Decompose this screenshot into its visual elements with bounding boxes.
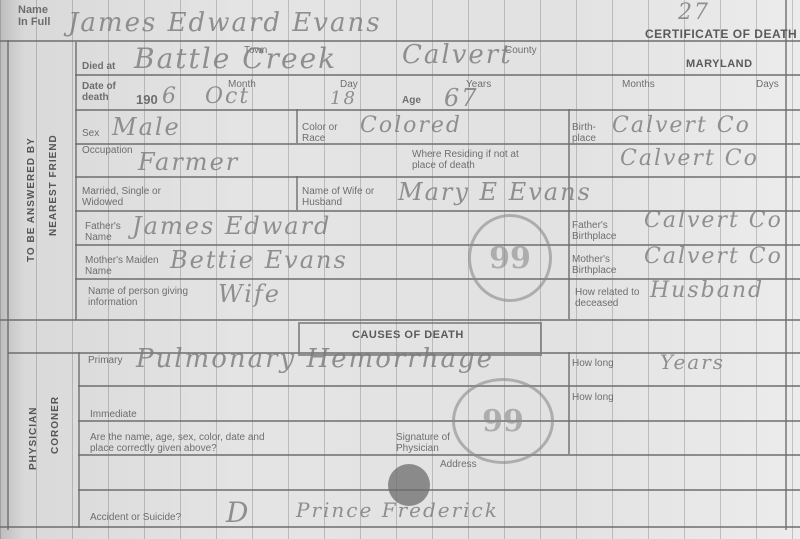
occupation-value: Farmer: [138, 148, 239, 176]
rule: [568, 352, 570, 454]
residence-value: Calvert Co: [620, 146, 759, 171]
months-label: Months: [622, 79, 655, 90]
rule: [75, 143, 800, 145]
color-race-label: Color or Race: [302, 122, 346, 144]
rule: [78, 489, 800, 491]
how-long-primary-label: How long: [572, 358, 614, 369]
name-label: Name In Full: [18, 4, 54, 28]
relation-label: How related to deceased: [575, 287, 643, 309]
rule: [0, 319, 800, 321]
side-label-physician: PHYSICIAN: [28, 407, 39, 470]
state-name: MARYLAND: [686, 58, 753, 70]
primary-cause-value: Pulmonary Hemorrhage: [136, 344, 494, 374]
verification-question: Are the name, age, sex, color, date and …: [90, 432, 270, 454]
birthplace-value: Calvert Co: [612, 113, 751, 138]
informant-label: Name of person giving information: [88, 286, 218, 308]
accident-value: D: [226, 496, 250, 529]
rule: [78, 385, 800, 387]
town-value: Battle Creek: [134, 42, 337, 75]
father-birthplace-value: Calvert Co: [644, 208, 783, 233]
year-prefix: 190: [136, 94, 158, 105]
rule: [296, 109, 298, 143]
birthplace-label: Birth-place: [572, 122, 606, 144]
death-certificate: TO BE ANSWERED BY NEAREST FRIEND PHYSICI…: [0, 0, 800, 539]
physician-signature-label: Signature of Physician: [396, 432, 456, 454]
side-label-nearest-friend-inner: NEAREST FRIEND: [48, 134, 59, 236]
father-name-value: James Edward: [132, 212, 331, 240]
immediate-cause-label: Immediate: [90, 409, 137, 420]
spouse-value: Mary E Evans: [398, 178, 592, 206]
rule: [78, 420, 800, 422]
certificate-title: CERTIFICATE OF DEATH: [645, 27, 797, 41]
certificate-number: 27: [678, 0, 710, 25]
side-label-nearest-friend-outer: TO BE ANSWERED BY: [26, 137, 37, 262]
rule: [0, 526, 800, 528]
father-name-label: Father's Name: [85, 221, 133, 243]
name-value: James Edward Evans: [68, 8, 382, 38]
age-label: Age: [402, 95, 421, 106]
county-value: Calvert: [402, 40, 513, 70]
rule: [78, 454, 800, 456]
date-of-death-label: Date of death: [82, 81, 127, 103]
accident-suicide-label: Accident or Suicide?: [90, 512, 181, 523]
marital-status-label: Married, Single or Widowed: [82, 186, 162, 208]
rule: [7, 40, 9, 530]
physician-stamp: 99: [452, 378, 554, 464]
how-long-immediate-label: How long: [572, 392, 614, 403]
rule: [568, 109, 570, 319]
occupation-label: Occupation: [82, 145, 133, 156]
relation-value: Husband: [650, 278, 764, 303]
father-birthplace-label: Father's Birthplace: [572, 220, 632, 242]
rule: [75, 42, 77, 320]
year-digit-value: 6: [162, 84, 178, 109]
sex-value: Male: [112, 113, 181, 141]
spouse-label: Name of Wife or Husband: [302, 186, 392, 208]
rule: [785, 0, 787, 530]
month-value: Oct: [205, 84, 250, 109]
primary-cause-label: Primary: [88, 355, 122, 366]
informant-value: Wife: [218, 280, 281, 308]
died-at-label: Died at: [82, 61, 115, 72]
side-label-coroner: CORONER: [50, 396, 61, 454]
causes-of-death-header: CAUSES OF DEATH: [352, 329, 464, 341]
bottom-note-value: Prince Frederick: [296, 498, 499, 522]
mother-name-value: Bettie Evans: [170, 246, 348, 274]
color-race-value: Colored: [360, 113, 462, 138]
sex-label: Sex: [82, 128, 99, 139]
residence-label: Where Residing if not at place of death: [412, 149, 542, 171]
age-years-value: 67: [444, 84, 479, 112]
registrar-stamp: 99: [468, 214, 552, 302]
mother-birthplace-label: Mother's Birthplace: [572, 254, 634, 276]
rule: [78, 352, 80, 528]
day-value: 18: [330, 88, 357, 109]
mother-name-label: Mother's Maiden Name: [85, 255, 161, 277]
address-label: Address: [440, 459, 477, 470]
rule: [296, 176, 298, 210]
rule: [75, 109, 800, 111]
days-label: Days: [756, 79, 779, 90]
mother-birthplace-value: Calvert Co: [644, 244, 783, 269]
how-long-primary-value: Years: [660, 350, 725, 374]
